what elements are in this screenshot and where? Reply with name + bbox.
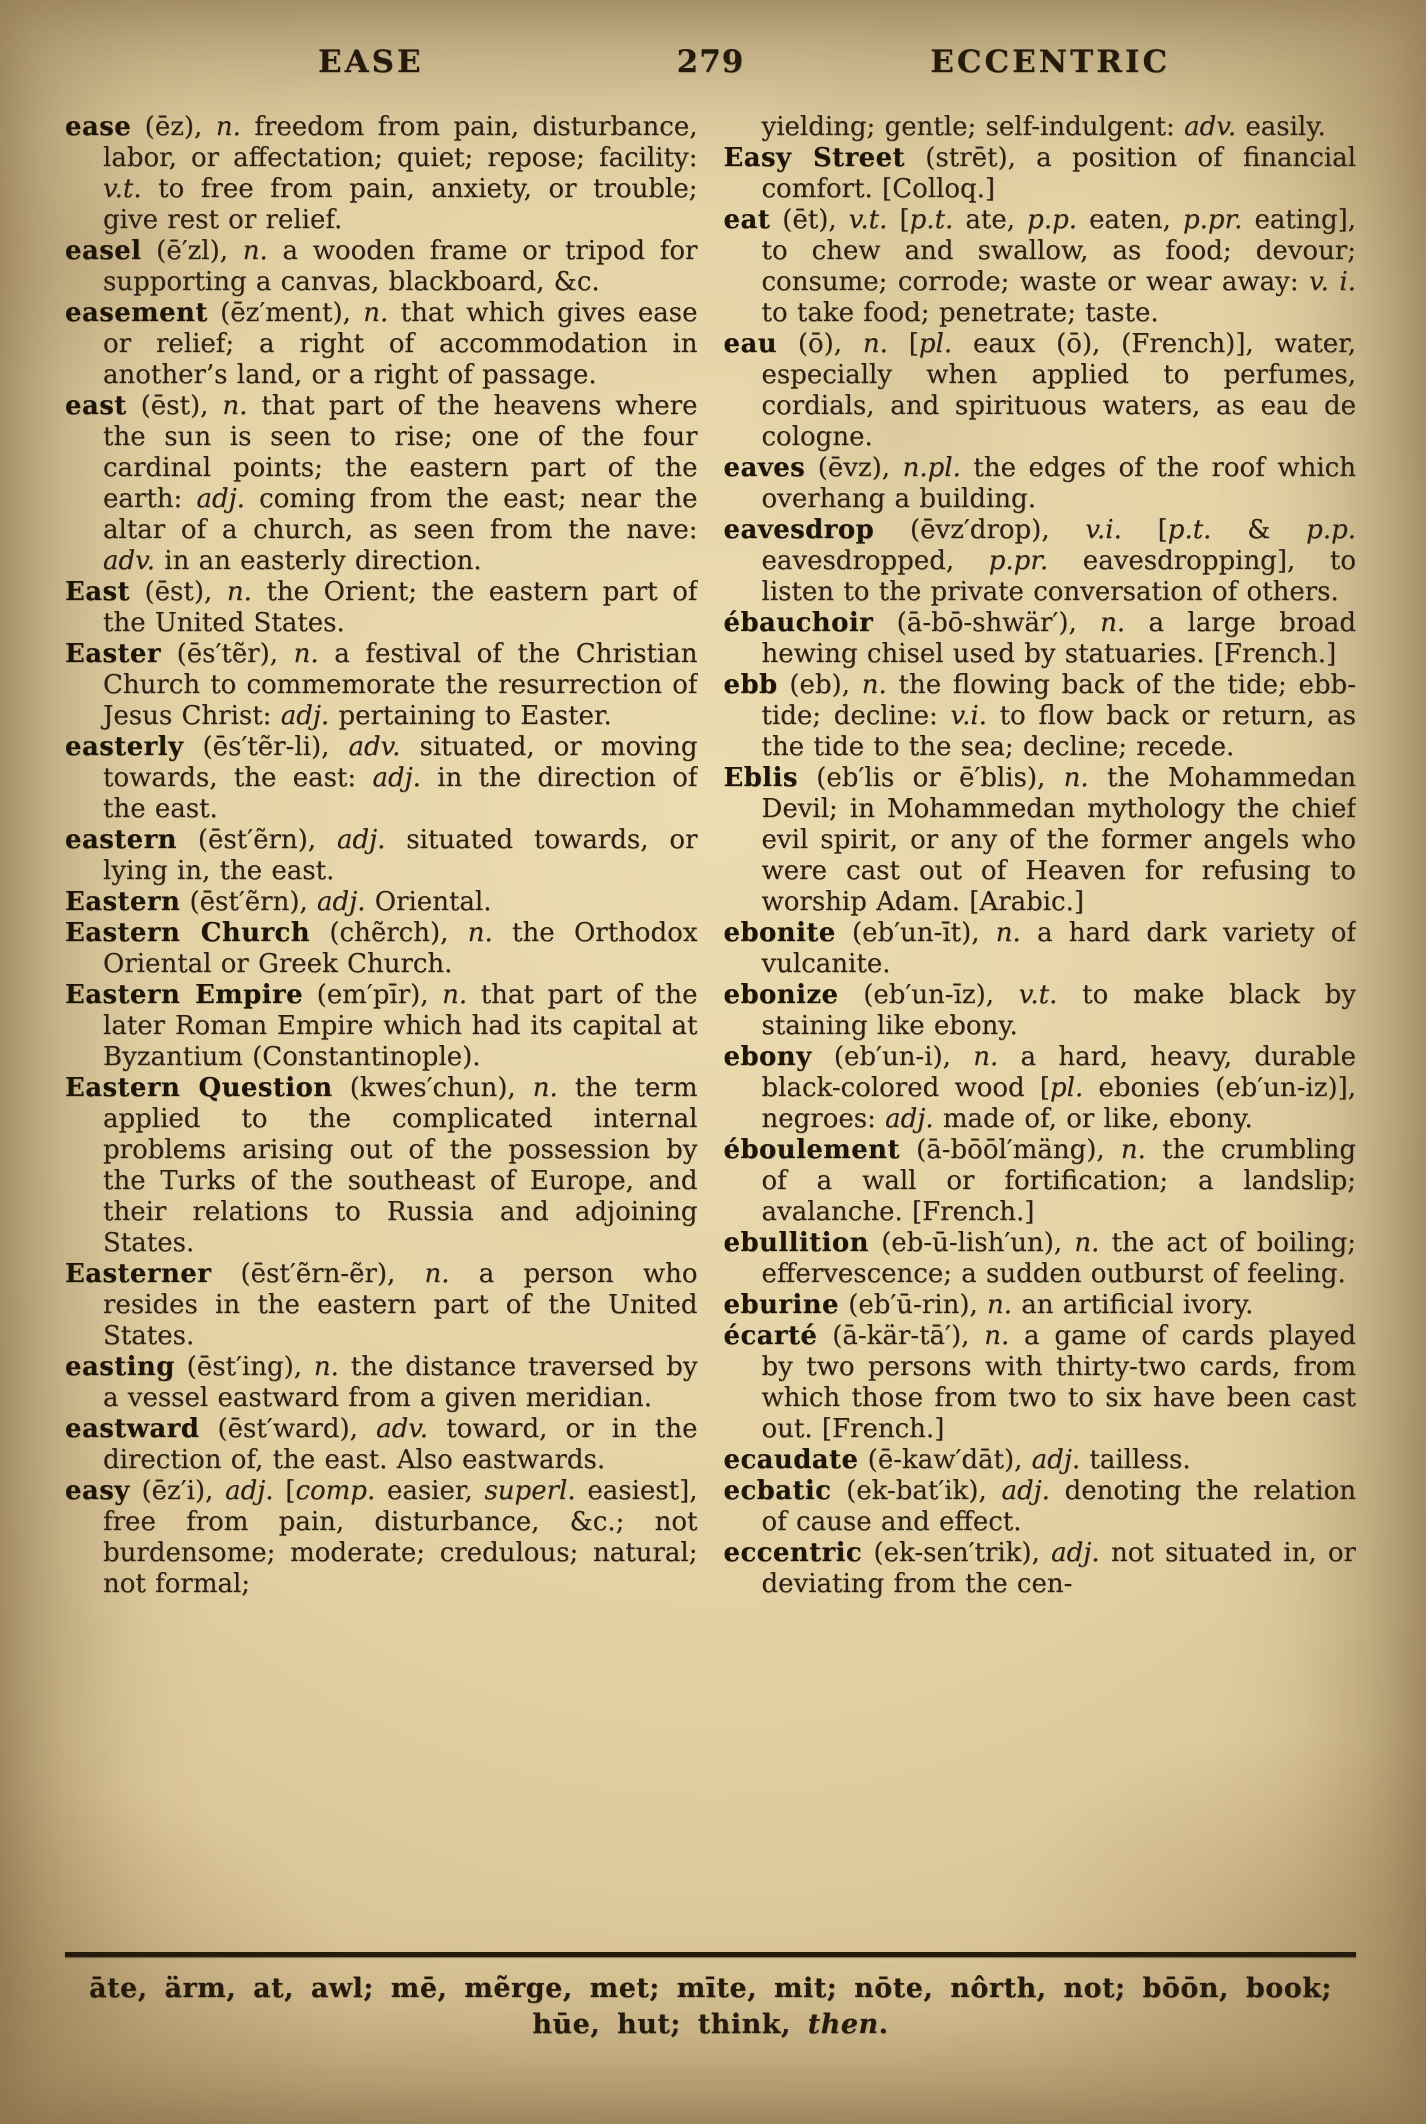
grammar-label: pl.: [919, 329, 952, 359]
dictionary-entry: écarté (ā-kär-tā′), n. a game of cards p…: [724, 1321, 1357, 1445]
dictionary-page: EASE 279 ECCENTRIC ease (ēz), n. freedom…: [0, 0, 1426, 2124]
dictionary-entry: eat (ēt), v.t. [p.t. ate, p.p. eaten, p.…: [724, 205, 1357, 329]
dictionary-entry: ebullition (eb-ū-lish′un), n. the act of…: [724, 1228, 1357, 1290]
definition-text: (ēvz′drop),: [874, 515, 1085, 545]
grammar-label: p.p.: [1306, 515, 1356, 545]
definition-text: eaten,: [1077, 205, 1183, 235]
definition-text: (eb′un-īz),: [838, 980, 1018, 1010]
grammar-label: n.: [468, 918, 493, 948]
headword: eastern: [65, 825, 177, 855]
grammar-label: pl.: [1050, 1073, 1083, 1103]
headword: Eastern Empire: [65, 980, 303, 1010]
grammar-label: comp.: [295, 1476, 375, 1506]
grammar-label: p.pr.: [1183, 205, 1242, 235]
definition-text: (chẽrch),: [310, 918, 468, 948]
grammar-label: adv.: [376, 1414, 428, 1444]
definition-text: (eb′ū-rin),: [839, 1290, 987, 1320]
right-column: yielding; gentle; self-indulgent: adv. e…: [724, 112, 1357, 1954]
dictionary-entry: Eblis (eb′lis or ē′blis), n. the Mohamme…: [724, 763, 1357, 918]
grammar-label: adv.: [348, 732, 400, 762]
headword: eastward: [65, 1414, 199, 1444]
grammar-label: adj.: [372, 763, 420, 793]
guide-word-right: ECCENTRIC: [744, 44, 1356, 80]
grammar-label: n.: [227, 577, 252, 607]
grammar-label: n.: [1064, 763, 1089, 793]
definition-text: [: [888, 329, 919, 359]
grammar-label: v. i.: [1309, 267, 1356, 297]
definition-text: hūe, hut; think,: [532, 2009, 807, 2040]
definition-text: [: [274, 1476, 296, 1506]
definition-text: [: [887, 205, 909, 235]
dictionary-entry: ébauchoir (ā-bō-shwär′), n. a large broa…: [724, 608, 1357, 670]
definition-text: pertaining to Easter.: [329, 701, 612, 731]
headword: easting: [65, 1352, 175, 1382]
grammar-label: p.t.: [1168, 515, 1212, 545]
headword: easel: [65, 236, 141, 266]
definition-text: (ēst′ing),: [175, 1352, 314, 1382]
dictionary-entry: eburine (eb′ū-rin), n. an artificial ivo…: [724, 1290, 1357, 1321]
grammar-label: p.t.: [910, 205, 954, 235]
grammar-label: n.pl.: [903, 453, 961, 483]
definition-text: (ēs′tẽr-li),: [183, 732, 348, 762]
definition-text: to free from pain, anxiety, or trouble; …: [103, 174, 698, 235]
definitions-area: ease (ēz), n. freedom from pain, disturb…: [65, 112, 1356, 1954]
grammar-label: then: [808, 2009, 879, 2040]
definition-text: (ā-kär-tā′),: [817, 1321, 984, 1351]
definition-text: (ēst′ward),: [199, 1414, 376, 1444]
definition-text: (ē-kaw′dāt),: [858, 1445, 1031, 1475]
definition-text: [: [1122, 515, 1168, 545]
dictionary-entry: easel (ē′zl), n. a wooden frame or tripo…: [65, 236, 698, 298]
headword: ecbatic: [724, 1476, 832, 1506]
grammar-label: n.: [973, 1042, 998, 1072]
definition-text: (ō),: [777, 329, 863, 359]
headword: ebb: [724, 670, 778, 700]
grammar-label: adj.: [1001, 1476, 1049, 1506]
headword: éboulement: [724, 1135, 900, 1165]
grammar-label: n.: [996, 918, 1021, 948]
dictionary-entry: éboulement (ā-bōōl′mäng), n. the crumbli…: [724, 1135, 1357, 1228]
grammar-label: v.i.: [950, 701, 986, 731]
grammar-label: superl.: [484, 1476, 575, 1506]
dictionary-entry: ebb (eb), n. the flowing back of the tid…: [724, 670, 1357, 763]
headword: ebony: [724, 1042, 812, 1072]
grammar-label: n.: [862, 670, 887, 700]
grammar-label: v.t.: [849, 205, 888, 235]
page-header: EASE 279 ECCENTRIC: [65, 44, 1356, 80]
definition-text: (ā-bō-shwär′),: [873, 608, 1100, 638]
grammar-label: v.t.: [1019, 980, 1058, 1010]
headword: eau: [724, 329, 778, 359]
definition-text: &: [1211, 515, 1306, 545]
grammar-label: v.i.: [1085, 515, 1121, 545]
headword: ebonize: [724, 980, 839, 1010]
dictionary-entry: Easterner (ēst′ẽrn-ẽr), n. a person who …: [65, 1259, 698, 1352]
dictionary-entry: ebonite (eb′un-īt), n. a hard dark varie…: [724, 918, 1357, 980]
dictionary-entry: easterly (ēs′tẽr-li), adv. situated, or …: [65, 732, 698, 825]
pronunciation-key: āte, ärm, at, awl; mē, mẽrge, met; mīte,…: [65, 1952, 1356, 2043]
pronunciation-key-line-1: āte, ärm, at, awl; mē, mẽrge, met; mīte,…: [65, 1971, 1356, 2007]
grammar-label: adv.: [1184, 112, 1236, 142]
definition-text: in an easterly direction.: [155, 546, 482, 576]
headword: east: [65, 391, 127, 421]
dictionary-entry: eau (ō), n. [pl. eaux (ō), (French)], wa…: [724, 329, 1357, 453]
grammar-label: adv.: [103, 546, 155, 576]
headword: écarté: [724, 1321, 818, 1351]
definition-text: (eb′lis or ē′blis),: [798, 763, 1064, 793]
headword: Easter: [65, 639, 161, 669]
definition-text: (ēvz),: [805, 453, 902, 483]
definition-text: (ē′zl),: [141, 236, 242, 266]
definition-text: Oriental.: [365, 887, 491, 917]
dictionary-entry: Easter (ēs′tẽr), n. a festival of the Ch…: [65, 639, 698, 732]
grammar-label: adj.: [281, 701, 329, 731]
definition-text: (ēs′tẽr),: [161, 639, 294, 669]
headword: Eastern Church: [65, 918, 310, 948]
headword: Eastern: [65, 887, 180, 917]
headword: ease: [65, 112, 131, 142]
definition-text: tailless.: [1080, 1445, 1191, 1475]
headword: eat: [724, 205, 771, 235]
dictionary-entry: eastern (ēst′ẽrn), adj. situated towards…: [65, 825, 698, 887]
definition-text: an artificial ivory.: [1012, 1290, 1253, 1320]
definition-text: āte, ärm, at, awl; mē, mẽrge, met; mīte,…: [89, 1973, 1332, 2004]
headword: easement: [65, 298, 208, 328]
dictionary-entry: ease (ēz), n. freedom from pain, disturb…: [65, 112, 698, 236]
headword: Easy Street: [724, 143, 905, 173]
grammar-label: n.: [1100, 608, 1125, 638]
definition-text: made of, or like, ebony.: [934, 1104, 1253, 1134]
definition-text: (ēt),: [770, 205, 849, 235]
definition-text: (eb′un-i),: [812, 1042, 974, 1072]
dictionary-entry: eastward (ēst′ward), adv. toward, or in …: [65, 1414, 698, 1476]
grammar-label: adj.: [225, 1476, 273, 1506]
dictionary-entry: ecbatic (ek-bat′ik), adj. denoting the r…: [724, 1476, 1357, 1538]
page-number: 279: [677, 44, 745, 80]
grammar-label: n.: [216, 112, 241, 142]
grammar-label: n.: [1121, 1135, 1146, 1165]
grammar-label: n.: [442, 980, 467, 1010]
definition-text: (ēst),: [130, 577, 227, 607]
headword: eavesdrop: [724, 515, 875, 545]
dictionary-entry: easement (ēz′ment), n. that which gives …: [65, 298, 698, 391]
entry-continuation: yielding; gentle; self-indulgent: adv. e…: [724, 112, 1357, 143]
definition-text: eavesdropped,: [762, 546, 989, 576]
definition-text: easier,: [375, 1476, 484, 1506]
headword: Eblis: [724, 763, 798, 793]
dictionary-entry: ecaudate (ē-kaw′dāt), adj. tailless.: [724, 1445, 1357, 1476]
definition-text: (ēst′ẽrn),: [180, 887, 317, 917]
dictionary-entry: eavesdrop (ēvz′drop), v.i. [p.t. & p.p. …: [724, 515, 1357, 608]
grammar-label: adj.: [885, 1104, 933, 1134]
definition-text: (ēz′i),: [130, 1476, 225, 1506]
dictionary-entry: ebony (eb′un-i), n. a hard, heavy, durab…: [724, 1042, 1357, 1135]
dictionary-entry: ebonize (eb′un-īz), v.t. to make black b…: [724, 980, 1357, 1042]
definition-text: (ēz),: [131, 112, 216, 142]
footer-rule: [65, 1952, 1356, 1957]
dictionary-entry: Eastern Empire (em′pīr), n. that part of…: [65, 980, 698, 1073]
grammar-label: n.: [987, 1290, 1012, 1320]
grammar-label: adj.: [196, 484, 244, 514]
definition-text: (ēst),: [127, 391, 223, 421]
definition-text: (ek-bat′ik),: [831, 1476, 1001, 1506]
dictionary-entry: eaves (ēvz), n.pl. the edges of the roof…: [724, 453, 1357, 515]
definition-text: to take food; penetrate; taste.: [762, 298, 1159, 328]
headword: East: [65, 577, 130, 607]
dictionary-entry: easy (ēz′i), adj. [comp. easier, superl.…: [65, 1476, 698, 1600]
headword: easy: [65, 1476, 130, 1506]
grammar-label: n.: [222, 391, 247, 421]
headword: eburine: [724, 1290, 839, 1320]
headword: ebonite: [724, 918, 836, 948]
grammar-label: n.: [984, 1321, 1009, 1351]
grammar-label: adj.: [1032, 1445, 1080, 1475]
dictionary-entry: Eastern Question (kwes′chun), n. the ter…: [65, 1073, 698, 1259]
grammar-label: p.p.: [1027, 205, 1077, 235]
headword: ébauchoir: [724, 608, 874, 638]
definition-text: (kwes′chun),: [333, 1073, 533, 1103]
grammar-label: adj.: [1051, 1538, 1099, 1568]
grammar-label: n.: [1074, 1228, 1099, 1258]
pronunciation-key-line-2: hūe, hut; think, then.: [65, 2007, 1356, 2043]
definition-text: (eb′un-īt),: [836, 918, 996, 948]
grammar-label: n.: [533, 1073, 558, 1103]
definition-text: (ek-sen′trik),: [862, 1538, 1051, 1568]
dictionary-entry: east (ēst), n. that part of the heavens …: [65, 391, 698, 577]
grammar-label: adj.: [317, 887, 365, 917]
definition-text: .: [879, 2009, 889, 2040]
definition-text: (ēz′ment),: [208, 298, 364, 328]
dictionary-entry: Easy Street (strēt), a position of finan…: [724, 143, 1357, 205]
definition-text: ate,: [953, 205, 1027, 235]
definition-text: (ēst′ẽrn),: [177, 825, 337, 855]
definition-text: (ā-bōōl′mäng),: [900, 1135, 1121, 1165]
definition-text: (eb),: [778, 670, 862, 700]
grammar-label: n.: [243, 236, 268, 266]
dictionary-entry: easting (ēst′ing), n. the distance trave…: [65, 1352, 698, 1414]
dictionary-entry: Eastern (ēst′ẽrn), adj. Oriental.: [65, 887, 698, 918]
definition-text: easily.: [1236, 112, 1326, 142]
dictionary-entry: East (ēst), n. the Orient; the eastern p…: [65, 577, 698, 639]
dictionary-entry: eccentric (ek-sen′trik), adj. not situat…: [724, 1538, 1357, 1600]
headword: ebullition: [724, 1228, 869, 1258]
definition-text: yielding; gentle; self-indulgent:: [762, 112, 1185, 142]
headword: Eastern Question: [65, 1073, 333, 1103]
headword: easterly: [65, 732, 183, 762]
dictionary-entry: Eastern Church (chẽrch), n. the Orthodox…: [65, 918, 698, 980]
headword: eaves: [724, 453, 806, 483]
guide-word-left: EASE: [65, 44, 677, 80]
definition-text: (eb-ū-lish′un),: [869, 1228, 1074, 1258]
grammar-label: v.t.: [103, 174, 142, 204]
headword: eccentric: [724, 1538, 863, 1568]
grammar-label: n.: [314, 1352, 339, 1382]
grammar-label: adj.: [337, 825, 385, 855]
grammar-label: n.: [863, 329, 888, 359]
left-column: ease (ēz), n. freedom from pain, disturb…: [65, 112, 698, 1954]
grammar-label: p.pr.: [989, 546, 1048, 576]
definition-text: (em′pīr),: [303, 980, 442, 1010]
headword: Easterner: [65, 1259, 211, 1289]
definition-text: (ēst′ẽrn-ẽr),: [211, 1259, 424, 1289]
headword: ecaudate: [724, 1445, 859, 1475]
grammar-label: n.: [425, 1259, 450, 1289]
grammar-label: n.: [294, 639, 319, 669]
grammar-label: n.: [363, 298, 388, 328]
